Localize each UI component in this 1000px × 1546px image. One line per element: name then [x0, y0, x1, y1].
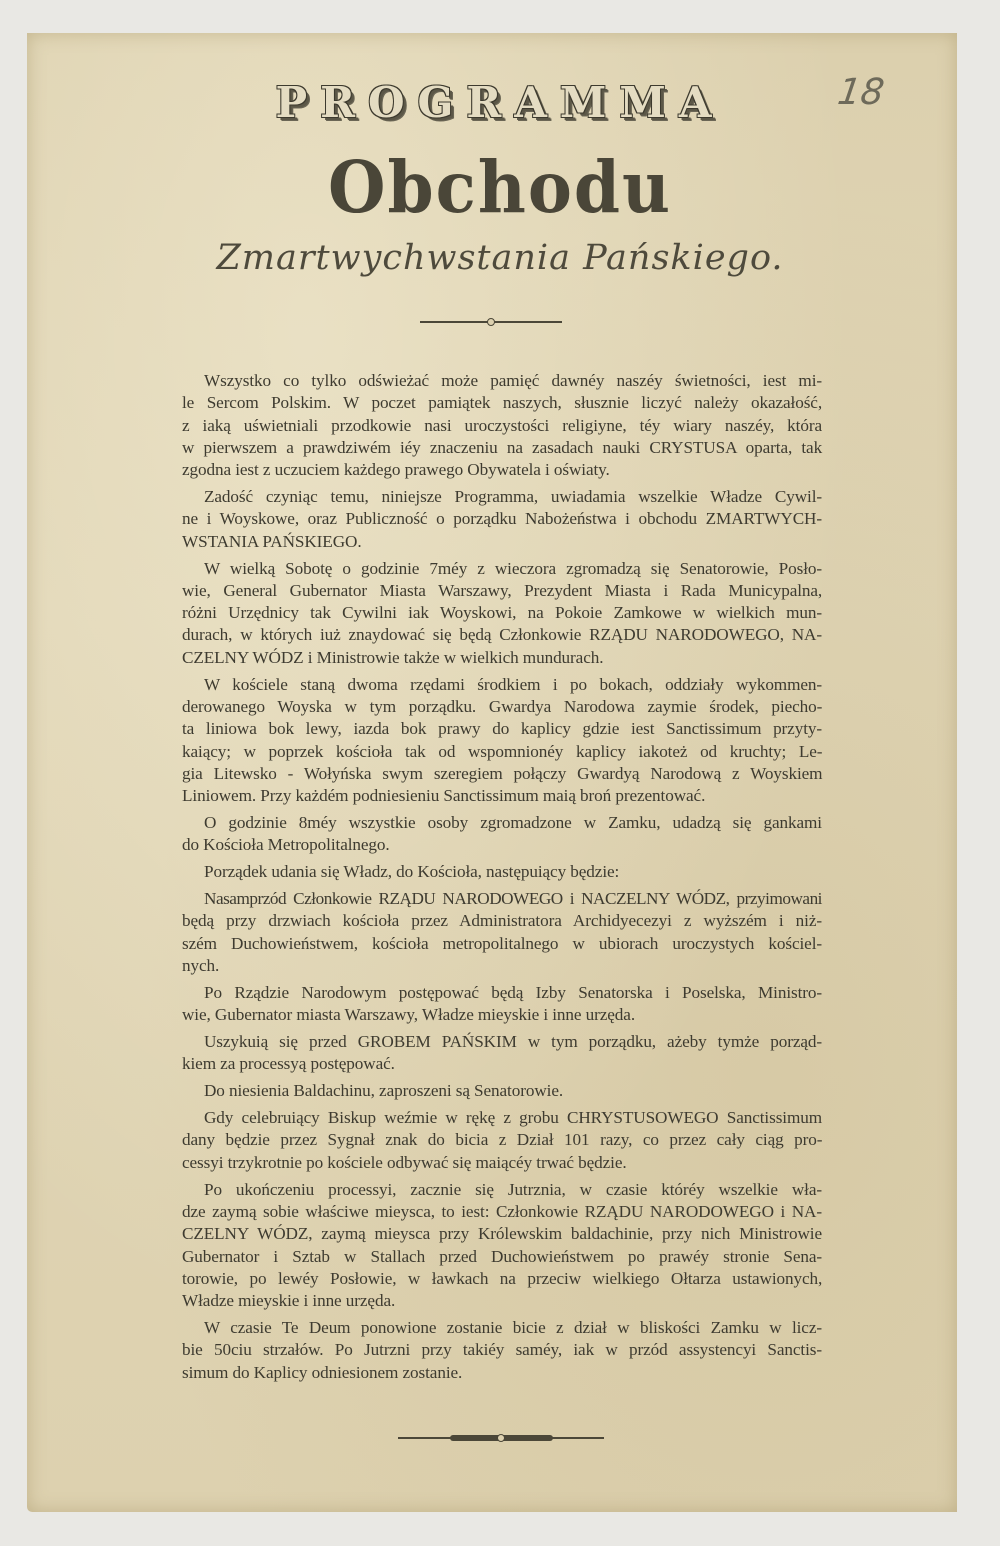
paragraph: Po ukończeniu processyi, zacznie się Jut…	[182, 1179, 822, 1313]
text-line: bie 50ciu strzałów. Po Jutrzni przy taki…	[182, 1339, 822, 1361]
text-line: nych.	[182, 955, 822, 977]
text-line: CZELNY WÓDZ, zaymą mieysca przy Królewsk…	[182, 1223, 822, 1245]
text-line: Wszystko co tylko odświeżać może pamięć …	[182, 370, 822, 392]
title-line-obchodu: Obchodu	[0, 145, 1000, 229]
text-line: Nasamprzód Członkowie RZĄDU NARODOWEGO i…	[182, 888, 822, 910]
paragraph: O godzinie 8méy wszystkie osoby zgromadz…	[182, 812, 822, 857]
paragraph: Nasamprzód Członkowie RZĄDU NARODOWEGO i…	[182, 888, 822, 977]
text-line: z iaką uświetniali przodkowie nasi urocz…	[182, 415, 822, 437]
text-line: dany będzie przez Sygnał znak do bicia z…	[182, 1129, 822, 1151]
paragraph: Po Rządzie Narodowym postępować będą Izb…	[182, 982, 822, 1027]
text-line: szém Duchowieństwem, kościoła metropolit…	[182, 933, 822, 955]
text-line: Gubernator i Sztab w Stallach przed Duch…	[182, 1246, 822, 1268]
text-line: ta liniowa bok lewy, iazda bok prawy do …	[182, 718, 822, 740]
ornament-knot-icon	[497, 1434, 505, 1442]
title-line-zmartwychwstania: Zmartwychwstania Pańskiego.	[0, 238, 1000, 278]
document-body: Wszystko co tylko odświeżać może pamięć …	[182, 370, 822, 1388]
text-line: różni Urzędnicy tak Cywilni iak Woyskowi…	[182, 602, 822, 624]
ornamental-divider-top	[420, 321, 562, 323]
text-line: będą przy drzwiach kościoła przez Admini…	[182, 910, 822, 932]
text-line: dze zaymą sobie właściwe mieysca, to ies…	[182, 1201, 822, 1223]
text-line: Porządek udania się Władz, do Kościoła, …	[182, 861, 822, 883]
text-line: durach, w których iuż znaydować się będą…	[182, 624, 822, 646]
text-line: cessyi trzykrotnie po kościele odbywać s…	[182, 1152, 822, 1174]
text-line: WSTANIA PAŃSKIEGO.	[182, 531, 822, 553]
title-line-programma: PROGRAMMA	[0, 78, 1000, 127]
text-line: Po ukończeniu processyi, zacznie się Jut…	[182, 1179, 822, 1201]
text-line: ne i Woyskowe, oraz Publiczność o porząd…	[182, 508, 822, 530]
paragraph: W wielką Sobotę o godzinie 7méy z wieczo…	[182, 558, 822, 669]
text-line: torowie, po lewéy Posłowie, w ławkach na…	[182, 1268, 822, 1290]
text-line: kaiący; w poprzek kościoła tak od wspomn…	[182, 741, 822, 763]
text-line: Do niesienia Baldachinu, zaproszeni są S…	[182, 1080, 822, 1102]
paragraph: Do niesienia Baldachinu, zaproszeni są S…	[182, 1080, 822, 1102]
paragraph: Porządek udania się Władz, do Kościoła, …	[182, 861, 822, 883]
paragraph: Uszykuią się przed GROBEM PAŃSKIM w tym …	[182, 1031, 822, 1076]
text-line: w pierwszem a prawdziwém iéy znaczeniu n…	[182, 437, 822, 459]
text-line: le Sercom Polskim. W poczet pamiątek nas…	[182, 392, 822, 414]
paragraph: Zadość czyniąc temu, niniejsze Programma…	[182, 486, 822, 553]
text-line: Liniowem. Przy każdém podniesieniu Sanct…	[182, 785, 822, 807]
text-line: Uszykuią się przed GROBEM PAŃSKIM w tym …	[182, 1031, 822, 1053]
text-line: kiem za processyą postępować.	[182, 1053, 822, 1075]
ornament-knot-icon	[487, 318, 495, 326]
text-line: W kościele staną dwoma rzędami środkiem …	[182, 674, 822, 696]
text-line: O godzinie 8méy wszystkie osoby zgromadz…	[182, 812, 822, 834]
text-line: Po Rządzie Narodowym postępować będą Izb…	[182, 982, 822, 1004]
text-line: Gdy celebruiący Biskup weźmie w rękę z g…	[182, 1107, 822, 1129]
text-line: gia Litewsko - Wołyńska swym szeregiem p…	[182, 763, 822, 785]
text-line: do Kościoła Metropolitalnego.	[182, 834, 822, 856]
text-line: derowanego Woyska w tym porządku. Gwardy…	[182, 696, 822, 718]
text-line: simum do Kaplicy odniesionem zostanie.	[182, 1362, 822, 1384]
text-line: Władze mieyskie i inne urzęda.	[182, 1290, 822, 1312]
paragraph: W czasie Te Deum ponowione zostanie bici…	[182, 1317, 822, 1384]
paragraph: Wszystko co tylko odświeżać może pamięć …	[182, 370, 822, 481]
paragraph: Gdy celebruiący Biskup weźmie w rękę z g…	[182, 1107, 822, 1174]
text-line: CZELNY WÓDZ i Ministrowie także w wielki…	[182, 647, 822, 669]
text-line: wie, General Gubernator Miasta Warszawy,…	[182, 580, 822, 602]
paragraph: W kościele staną dwoma rzędami środkiem …	[182, 674, 822, 808]
text-line: W czasie Te Deum ponowione zostanie bici…	[182, 1317, 822, 1339]
text-line: wie, Gubernator miasta Warszawy, Władze …	[182, 1004, 822, 1026]
text-line: zgodna iest z uczuciem każdego prawego O…	[182, 459, 822, 481]
text-line: Zadość czyniąc temu, niniejsze Programma…	[182, 486, 822, 508]
text-line: W wielką Sobotę o godzinie 7méy z wieczo…	[182, 558, 822, 580]
ornamental-divider-bottom	[398, 1437, 604, 1439]
